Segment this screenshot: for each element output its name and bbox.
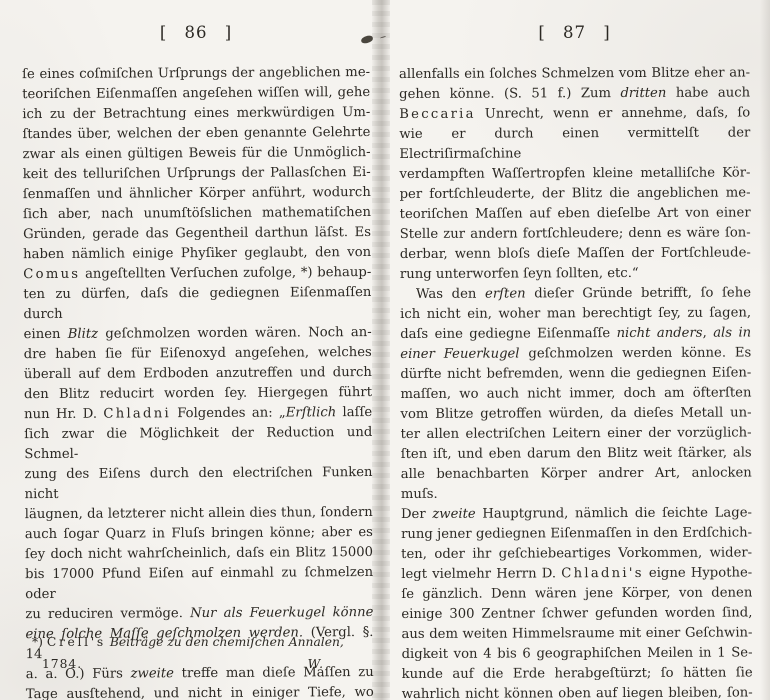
text-line: alle benachbarten Körper andrer Art, anl… [401,463,752,505]
letterspaced-name: Beccaria [399,107,476,122]
text-line: maſſen, wo auch nicht immer, doch am öft… [400,383,751,405]
italic-text: als in [713,325,751,340]
left-page-number: [ 86 ] [22,23,370,42]
text-line: wahrlich nicht können oben auf liegen bl… [402,683,753,700]
letterspaced-name: Chladni [103,406,171,421]
italic-text: Nur als Feuerkugel könne [190,605,373,621]
right-page-text-column: allenfalls ein ſolches Schmelzen vom Bli… [399,63,753,700]
text-line: gehen könne. (S. 51 f.) Zum dritten habe… [399,83,750,105]
italic-text: nicht anders [617,326,703,341]
italic-text: zweite [432,507,475,522]
page-gutter-shadow [372,0,390,700]
text-line: rung unterworfen ſeyn ſollten, etc.“ [400,263,751,285]
italic-text: Beiträge zu den chemiſchen Annalen, [110,635,344,649]
text-line: Stelle zur andern fortſchleudere; denn e… [400,223,751,245]
letterspaced-name: Comus [23,267,80,282]
scan-edge-shadow [760,0,770,700]
footnote-signature: W. [308,653,324,675]
text-line: digkeit von 4 bis 6 geographiſchen Meile… [402,643,753,665]
text-line: zwar als einen gültigen Beweis für die U… [22,143,370,165]
text-line: verdampften Waſſertropfen kleine metalli… [399,163,750,185]
text-line: daſs eine gediegne Eiſenmaſſe nicht ande… [400,323,751,345]
text-line: Der zweite Hauptgrund, nämlich die ſeich… [401,503,752,525]
text-line: ten zu dürfen, daſs die gediegnen Eiſenm… [23,283,371,325]
text-line: ſe gänzlich. Denn wären jene Körper, von… [401,583,752,605]
text-line: Was den erſten dieſer Gründe betrifft, ſ… [400,283,751,305]
text-line: ſten iſt, und eben darum den Blitz weit … [401,443,752,465]
text-line: derbar, wenn bloſs dieſe Maſſen der Fort… [400,243,751,265]
text-line: ich zu der Betrachtung eines merkwürdige… [22,103,370,125]
text-line: dürfte nicht befremden, wenn die gediegn… [400,363,751,385]
text-line: Gründen, gerade das Gegentheil darthun l… [23,223,371,245]
text-line: aus dem weiten Himmelsraume mit einer Ge… [401,623,752,645]
text-line: läugnen, da letzterer nicht allein dies … [25,503,373,525]
text-line: den Blitz reducirt worden ſey. Hiergegen… [24,383,372,405]
text-line: ſe eines coſmiſchen Urſprungs der angebl… [22,63,370,85]
text-line: bis 17000 Pfund Eiſen auf einmahl zu ſch… [25,563,373,605]
text-line: auch ſogar Quarz in Fluſs bringen könne;… [25,523,373,545]
text-line: dre haben ſie für Eiſenoxyd angeſehen, w… [24,343,372,365]
text-line: wie er durch einen vermittelſt der Elect… [399,123,750,165]
left-page: [ 86 ] ſe eines coſmiſchen Urſprungs der… [22,0,370,700]
text-line: ten, oder ihr geſchiebeartiges Vorkommen… [401,543,752,565]
letterspaced-name: Crell's [47,635,106,649]
text-line: ſey doch nicht wahrſcheinlich, daſs ein … [25,543,373,565]
text-line: Tage ausſtehend, und nicht in einiger Ti… [26,683,374,700]
right-page-number: [ 87 ] [399,23,750,42]
text-line: einen Blitz geſchmolzen worden wären. No… [24,323,372,345]
text-line: haben nämlich einige Phyſiker geglaubt, … [23,243,371,265]
text-line: teoriſchen Eiſenmaſſen angeſehen wiſſen … [22,83,370,105]
italic-text: einer Feuerkugel [400,346,519,362]
text-line: Comus angeſtellten Verſuchen zufolge, *)… [23,263,371,285]
text-line: ſich zwar die Möglichkeit der Reduction … [24,423,372,465]
text-line: nun Hr. D. Chladni Folgendes an: „Erſtli… [24,403,372,425]
footnote-reference: *) Crell's Beiträge zu den chemiſchen An… [22,631,370,653]
text-line: Beccaria Unrecht, wenn er annehme, daſs,… [399,103,750,125]
footnote-second-line: 1784. W. [22,653,370,675]
footnote-year: 1784. [42,653,82,675]
text-line: allenfalls ein ſolches Schmelzen vom Bli… [399,63,750,85]
text-line: vom Blitze getroffen würden, da dieſes M… [400,403,751,425]
text-line: rung jener gediegnen Eiſenmaſſen in den … [401,523,752,545]
text-line: ich nicht ein, woher man berechtigt ſey,… [400,303,751,325]
text-line: einer Feuerkugel geſchmolzen werden könn… [400,343,751,365]
letterspaced-name: Chladni's [561,566,643,581]
text-line: zu reduciren vermöge. Nur als Feuerkugel… [25,603,373,625]
italic-text: dritten [620,86,666,101]
text-line: überall auf dem Erdboden anzutreffen und… [24,363,372,385]
text-line: legt vielmehr Herrn D. Chladni's eigne H… [401,563,752,585]
text-line: kunde auf die Erde herabgeſtürzt; ſo hät… [402,663,753,685]
text-line: zung des Eiſens durch den electriſchen F… [24,463,372,505]
text-line: ter allen electriſchen Leitern einer der… [401,423,752,445]
text-line: ſtandes über, welchen der eben genannte … [22,123,370,145]
right-page: [ 87 ] allenfalls ein ſolches Schmelzen … [399,0,750,700]
text-line: keit des telluriſchen Urſprungs der Pall… [23,163,371,185]
text-line: ſenmaſſen und ähnlicher Körper anführt, … [23,183,371,205]
text-line: teoriſchen Maſſen auf eben dieſelbe Art … [400,203,751,225]
left-page-text-column: ſe eines coſmiſchen Urſprungs der angebl… [22,63,374,700]
italic-text: erſten [485,286,526,301]
italic-text: Erſtlich [286,405,337,420]
text-line: einige 300 Zentner ſchwer gefunden worde… [401,603,752,625]
text-line: ſich aber, nach unumſtöſslichen mathemat… [23,203,371,225]
left-page-footnote: *) Crell's Beiträge zu den chemiſchen An… [22,631,370,675]
text-line: per fortſchleuderte, der Blitz die angeb… [400,183,751,205]
italic-text: Blitz [68,327,98,342]
